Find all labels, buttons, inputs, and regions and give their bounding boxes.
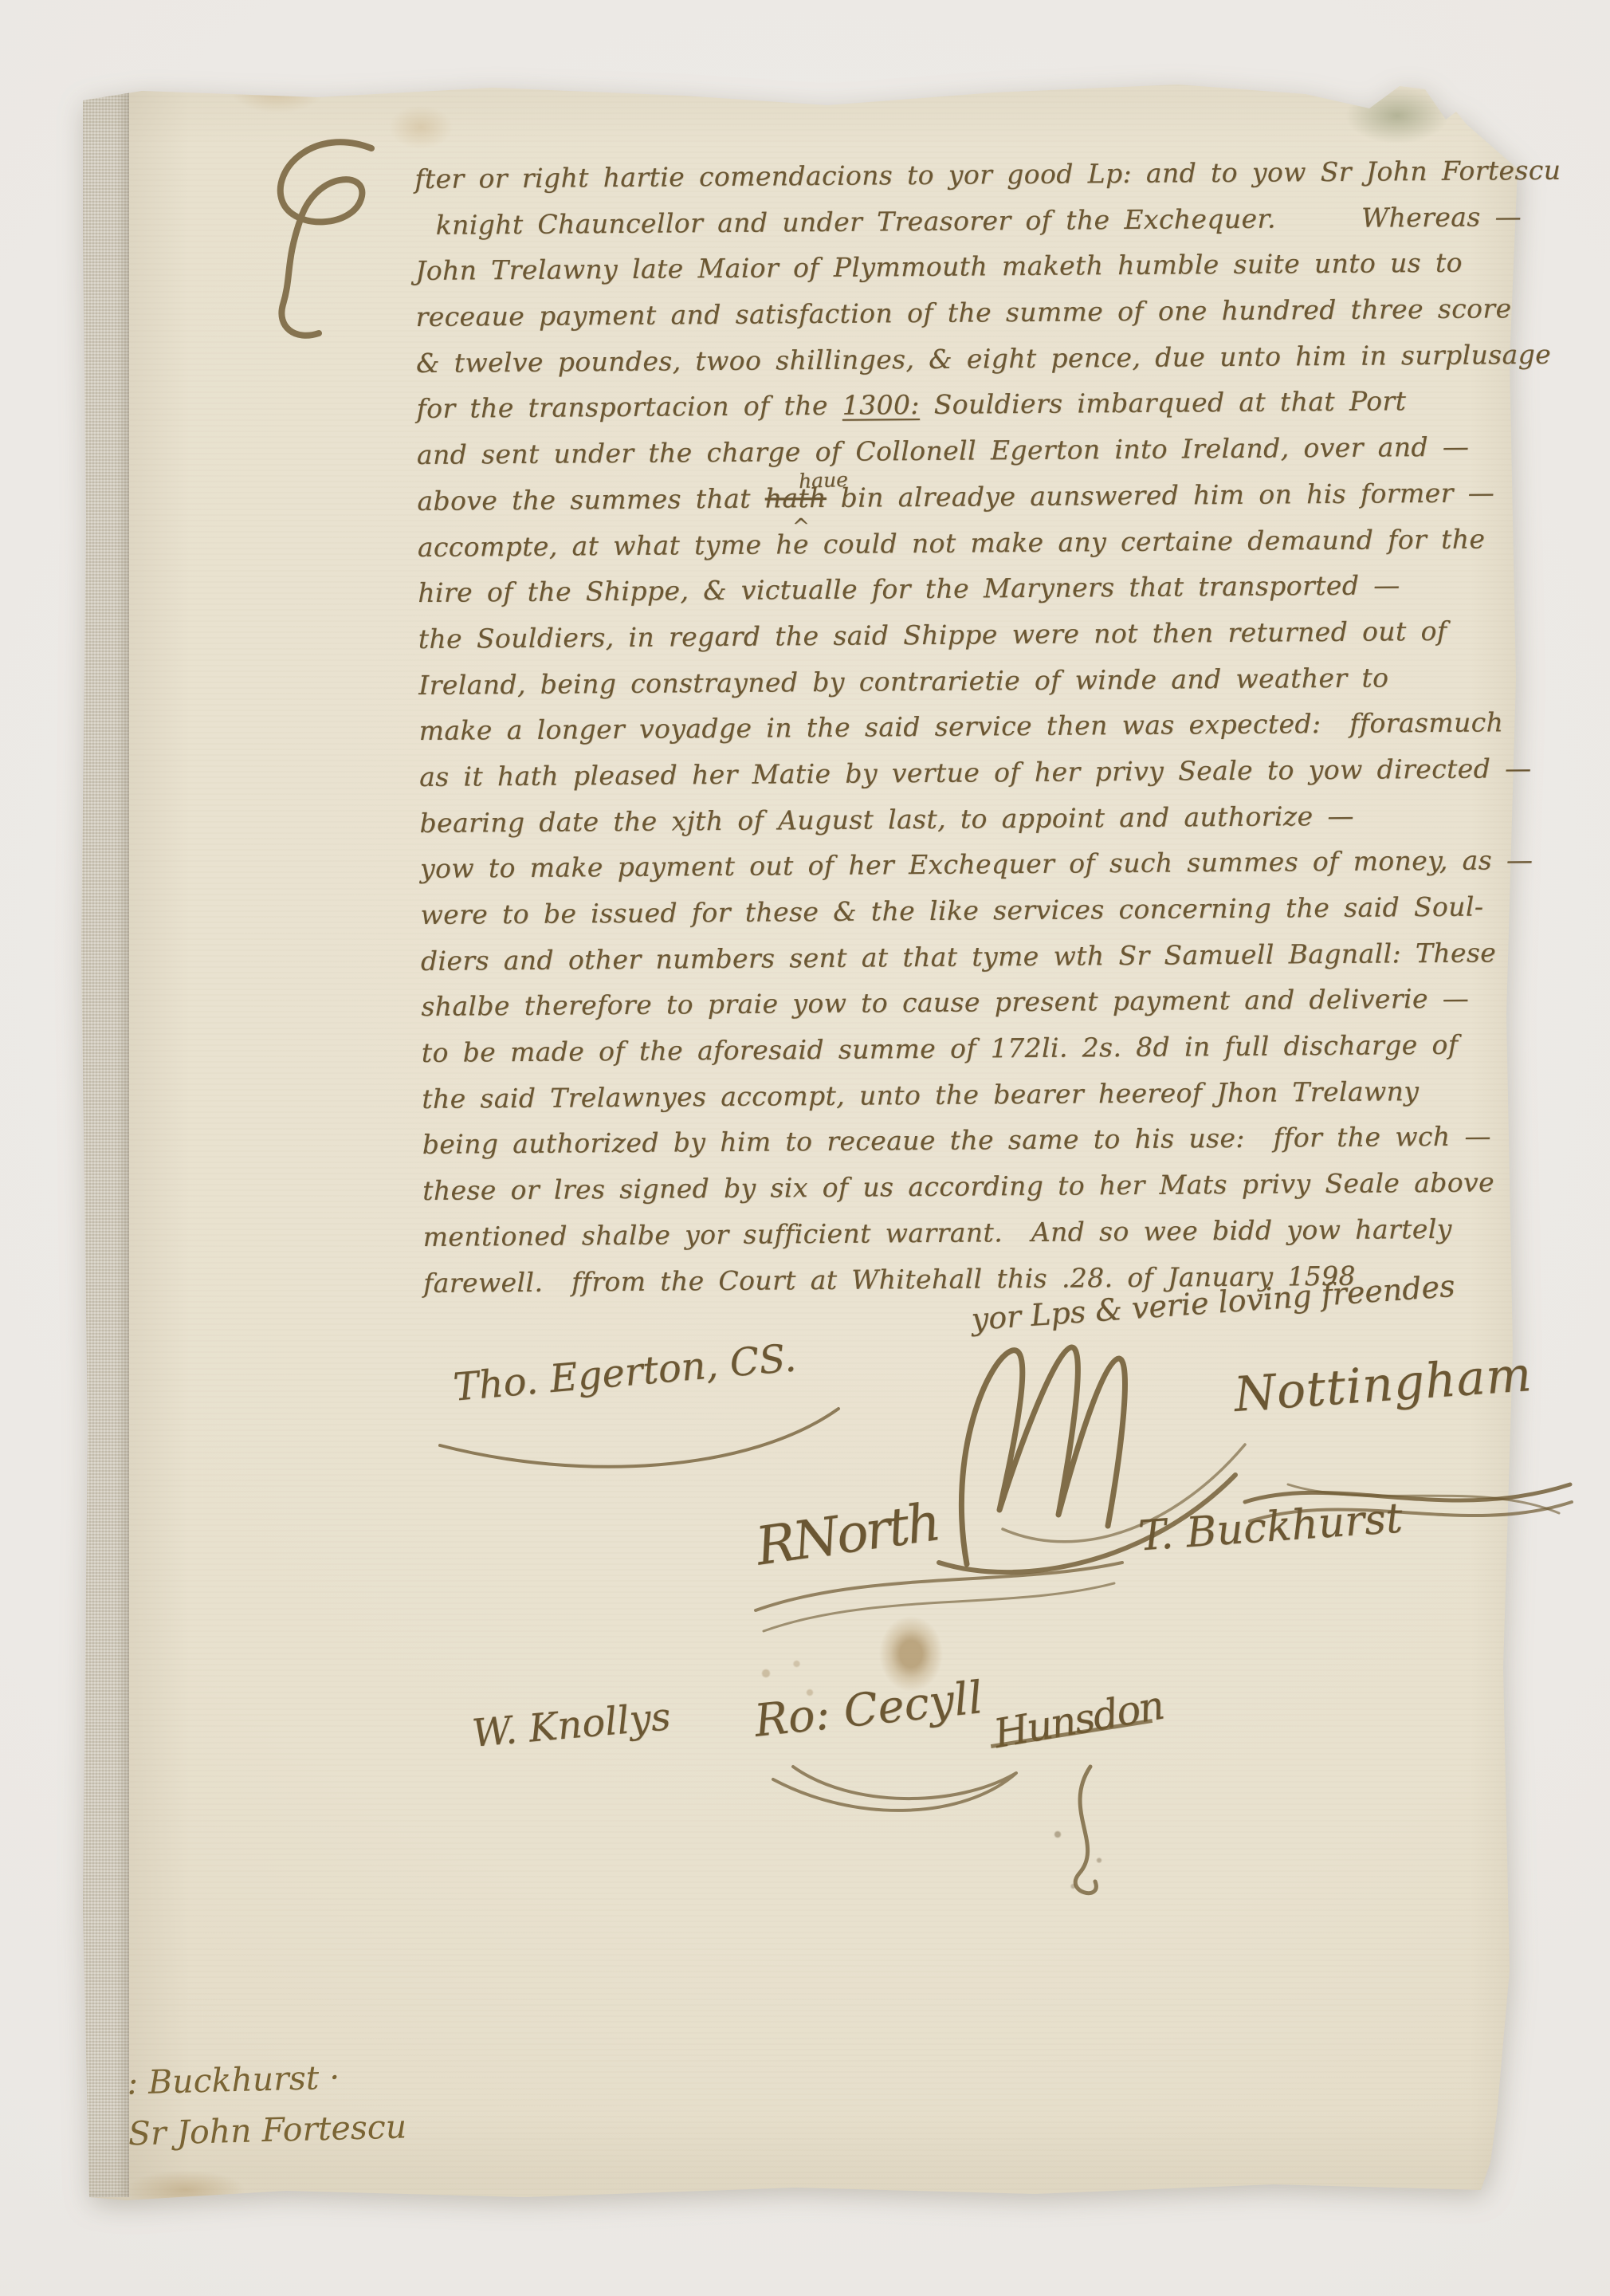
manuscript-line: and sent under the charge of Collonell E… <box>417 423 1501 478</box>
scene: fter or right hartie comendacions to yor… <box>0 0 1610 2296</box>
manuscript-line: make a longer voyadge in the said servic… <box>418 700 1502 754</box>
manuscript-line: & twelve poundes, twoo shillinges, & eig… <box>416 332 1500 386</box>
manuscript-line: fter or right hartie comendacions to yor… <box>414 147 1498 202</box>
manuscript-line: were to be issued for these & the like s… <box>420 883 1504 938</box>
docket-line-2: Sr John Fortescu <box>128 2101 407 2159</box>
manuscript-line: above the summes that hath bin alreadye … <box>417 470 1501 524</box>
manuscript-line: hire of the Shippe, & victualle for the … <box>418 561 1502 615</box>
stain-foxing-topleft-2 <box>389 105 453 149</box>
manuscript-line: mentioned shalbe yor sufficient warrant.… <box>422 1205 1506 1260</box>
stain-corner-speckles <box>1457 69 1529 140</box>
docket: : Buckhurst · Sr John Fortescu <box>126 2050 407 2159</box>
letter-body: fter or right hartie comendacions to yor… <box>414 147 1507 1306</box>
interlineation: haue <box>799 468 849 493</box>
manuscript-line: for the transportacion of the 1300: Soul… <box>416 378 1500 432</box>
manuscript-line: yow to make payment out of her Exchequer… <box>420 838 1504 892</box>
manuscript-line: the said Trelawnyes accompt, unto the be… <box>422 1067 1506 1122</box>
manuscript-line: to be made of the aforesaid summe of 172… <box>422 1021 1506 1075</box>
manuscript-line: knight Chauncellor and under Treasorer o… <box>414 194 1498 248</box>
stain-bottom-smudge <box>126 2170 245 2210</box>
binding-guard-strip <box>81 91 129 2197</box>
manuscript-line: being authorized by him to receaue the s… <box>422 1114 1506 1168</box>
manuscript-line: bearing date the xjth of August last, to… <box>419 792 1503 846</box>
manuscript-line: the Souldiers, in regard the said Shippe… <box>418 607 1502 662</box>
caret-mark: ^ <box>792 515 810 539</box>
manuscript-line: John Trelawny late Maior of Plymmouth ma… <box>415 240 1499 294</box>
docket-line-1: : Buckhurst · <box>126 2050 406 2108</box>
manuscript-line: as it hath pleased her Matie by vertue o… <box>419 745 1503 800</box>
manuscript-line: shalbe therefore to praie yow to cause p… <box>421 976 1505 1030</box>
underlined-number: 1300: <box>842 389 920 421</box>
manuscript-line: accompte, at what tyme he could not make… <box>418 516 1502 570</box>
manuscript-line: these or lres signed by six of us accord… <box>422 1159 1506 1213</box>
manuscript-line: diers and other numbers sent at that tym… <box>421 930 1505 984</box>
manuscript-line: receaue payment and satisfaction of the … <box>415 285 1499 340</box>
stain-ink-spatter <box>1027 1803 1130 1907</box>
manuscript-line: Ireland, being constrayned by contrariet… <box>418 654 1502 708</box>
stain-green-top <box>1345 88 1449 143</box>
stain-foxing-topleft <box>230 65 325 113</box>
